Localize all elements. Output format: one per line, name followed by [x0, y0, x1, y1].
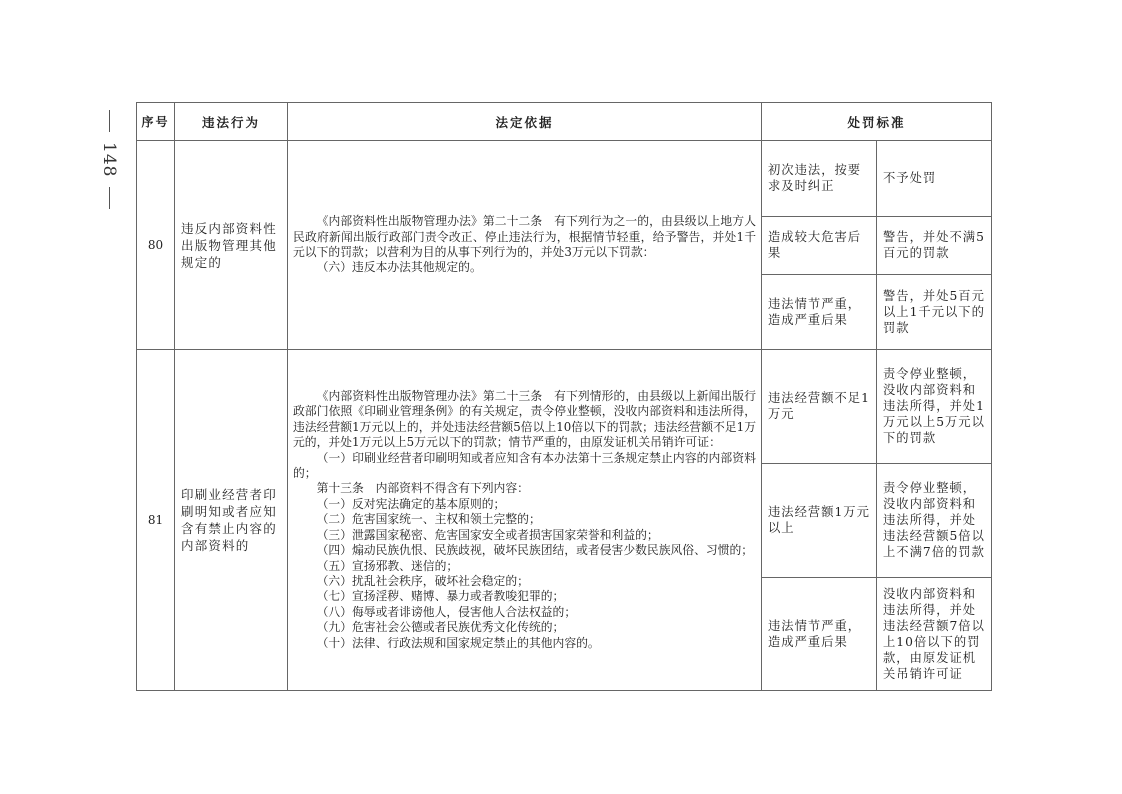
header-seq: 序号: [137, 103, 175, 141]
header-basis: 法定依据: [288, 103, 762, 141]
penalty-table: 序号 违法行为 法定依据 处罚标准 80违反内部资料性出版物管理其他规定的《内部…: [136, 102, 992, 691]
penalty-tier: 初次违法，按要求及时纠正不予处罚: [762, 141, 991, 216]
penalty-condition: 造成较大危害后果: [762, 216, 877, 274]
penalty-standard: 责令停业整顿，没收内部资料和违法所得，并处1万元以上5万元以下的罚款: [877, 350, 992, 463]
penalty-condition: 初次违法，按要求及时纠正: [762, 141, 877, 216]
penalty-subtable: 违法经营额不足1万元责令停业整顿，没收内部资料和违法所得，并处1万元以上5万元以…: [762, 350, 991, 690]
row-legal-basis: 《内部资料性出版物管理办法》第二十三条 有下列情形的，由县级以上新闻出版行政部门…: [288, 350, 762, 691]
legal-basis-paragraph: （四）煽动民族仇恨、民族歧视，破坏民族团结，或者侵害少数民族风俗、习惯的；: [293, 543, 756, 558]
row-legal-basis: 《内部资料性出版物管理办法》第二十二条 有下列行为之一的，由县级以上地方人民政府…: [288, 141, 762, 350]
penalty-tier: 违法情节严重，造成严重后果警告，并处5百元以上1千元以下的罚款: [762, 274, 991, 349]
penalty-standard: 没收内部资料和违法所得，并处违法经营额7倍以上10倍以下的罚款，由原发证机关吊销…: [877, 577, 992, 690]
row-seq: 81: [137, 350, 175, 691]
row-violation: 印刷业经营者印刷明知或者应知含有禁止内容的内部资料的: [175, 350, 288, 691]
penalty-tier: 违法经营额1万元以上责令停业整顿，没收内部资料和违法所得，并处违法经营额5倍以上…: [762, 463, 991, 577]
penalty-standard: 不予处罚: [877, 141, 992, 216]
legal-basis-paragraph: （二）危害国家统一、主权和领土完整的；: [293, 512, 756, 527]
row-penalty-standards: 初次违法，按要求及时纠正不予处罚造成较大危害后果警告，并处不满5百元的罚款违法情…: [762, 141, 992, 350]
penalty-subtable: 初次违法，按要求及时纠正不予处罚造成较大危害后果警告，并处不满5百元的罚款违法情…: [762, 141, 991, 349]
row-violation: 违反内部资料性出版物管理其他规定的: [175, 141, 288, 350]
row-penalty-standards: 违法经营额不足1万元责令停业整顿，没收内部资料和违法所得，并处1万元以上5万元以…: [762, 350, 992, 691]
penalty-condition: 违法经营额不足1万元: [762, 350, 877, 463]
legal-basis-paragraph: （六）违反本办法其他规定的。: [293, 260, 756, 275]
divider: [109, 110, 110, 132]
legal-basis-paragraph: （一）印刷业经营者印刷明知或者应知含有本办法第十三条规定禁止内容的内部资料的；: [293, 451, 756, 482]
legal-basis-paragraph: 《内部资料性出版物管理办法》第二十二条 有下列行为之一的，由县级以上地方人民政府…: [293, 214, 756, 260]
penalty-standard: 警告，并处5百元以上1千元以下的罚款: [877, 274, 992, 349]
legal-basis-paragraph: （十）法律、行政法规和国家规定禁止的其他内容的。: [293, 636, 756, 651]
header-penalty: 处罚标准: [762, 103, 992, 141]
penalty-tier: 违法经营额不足1万元责令停业整顿，没收内部资料和违法所得，并处1万元以上5万元以…: [762, 350, 991, 463]
header-act: 违法行为: [175, 103, 288, 141]
legal-basis-paragraph: （八）侮辱或者诽谤他人，侵害他人合法权益的；: [293, 605, 756, 620]
legal-basis-paragraph: （五）宣扬邪教、迷信的；: [293, 559, 756, 574]
legal-basis-paragraph: （九）危害社会公德或者民族优秀文化传统的；: [293, 620, 756, 635]
penalty-standard: 责令停业整顿，没收内部资料和违法所得，并处违法经营额5倍以上不满7倍的罚款: [877, 463, 992, 577]
legal-basis-paragraph: （七）宣扬淫秽、赌博、暴力或者教唆犯罪的；: [293, 589, 756, 604]
table-body: 80违反内部资料性出版物管理其他规定的《内部资料性出版物管理办法》第二十二条 有…: [137, 141, 992, 691]
penalty-tier: 违法情节严重，造成严重后果没收内部资料和违法所得，并处违法经营额7倍以上10倍以…: [762, 577, 991, 690]
table-header-row: 序号 违法行为 法定依据 处罚标准: [137, 103, 992, 141]
penalty-tier: 造成较大危害后果警告，并处不满5百元的罚款: [762, 216, 991, 274]
page-number-text: 148: [99, 142, 119, 177]
penalty-condition: 违法情节严重，造成严重后果: [762, 577, 877, 690]
legal-basis-paragraph: （六）扰乱社会秩序，破坏社会稳定的；: [293, 574, 756, 589]
legal-basis-paragraph: 《内部资料性出版物管理办法》第二十三条 有下列情形的，由县级以上新闻出版行政部门…: [293, 389, 756, 451]
penalty-standard: 警告，并处不满5百元的罚款: [877, 216, 992, 274]
table-row: 80违反内部资料性出版物管理其他规定的《内部资料性出版物管理办法》第二十二条 有…: [137, 141, 992, 350]
row-seq: 80: [137, 141, 175, 350]
divider: [109, 187, 110, 209]
legal-basis-paragraph: （一）反对宪法确定的基本原则的；: [293, 497, 756, 512]
table-row: 81印刷业经营者印刷明知或者应知含有禁止内容的内部资料的《内部资料性出版物管理办…: [137, 350, 992, 691]
page-number: 148: [96, 110, 122, 220]
legal-basis-paragraph: 第十三条 内部资料不得含有下列内容：: [293, 481, 756, 496]
penalty-condition: 违法情节严重，造成严重后果: [762, 274, 877, 349]
legal-basis-paragraph: （三）泄露国家秘密、危害国家安全或者损害国家荣誉和利益的；: [293, 528, 756, 543]
penalty-condition: 违法经营额1万元以上: [762, 463, 877, 577]
